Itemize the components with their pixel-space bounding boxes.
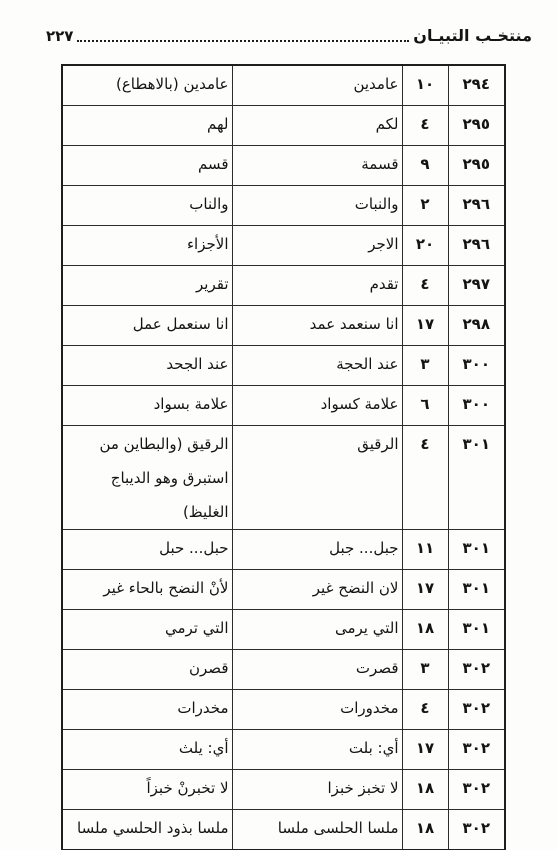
cell-line-number: ٤ [402, 266, 448, 306]
table-row: ٣٠١ ١١ جبل... جبل حبل... حبل [62, 530, 505, 570]
table-row: ٢٩٧ ٤ تقدم تقرير [62, 266, 505, 306]
cell-line-number: ١١ [402, 530, 448, 570]
errata-table: ٢٩٤ ١٠ عامدين عامدين (بالاهطاع) ٢٩٥ ٤ لك… [61, 64, 506, 850]
cell-word: الاجر [232, 226, 402, 266]
book-title: منتخـب التبيـان [413, 26, 532, 45]
cell-page-number: ٣٠٢ [448, 770, 505, 810]
cell-page-number: ٣٠٢ [448, 650, 505, 690]
cell-page-number: ٣٠١ [448, 610, 505, 650]
cell-line-number: ٩ [402, 146, 448, 186]
cell-word: لكم [232, 106, 402, 146]
cell-word: لان النضح غير [232, 570, 402, 610]
table-row: ٣٠١ ١٨ التي يرمى التي ترمي [62, 610, 505, 650]
cell-page-number: ٣٠١ [448, 426, 505, 530]
cell-correction: الرقيق (والبطاين من استبرق وهو الديباج ا… [62, 426, 232, 530]
cell-line-number: ١٠ [402, 65, 448, 106]
cell-correction: قصرن [62, 650, 232, 690]
cell-correction: لا تخبرنْ خبزاً [62, 770, 232, 810]
cell-word: ملسا الحلسى ملسا [232, 810, 402, 850]
cell-word: عامدين [232, 65, 402, 106]
cell-correction: حبل... حبل [62, 530, 232, 570]
cell-word: قسمة [232, 146, 402, 186]
table-row: ٣٠٢ ٤ مخدورات مخدرات [62, 690, 505, 730]
cell-word: أي: بلت [232, 730, 402, 770]
cell-page-number: ٣٠٢ [448, 810, 505, 850]
cell-correction: عند الجحد [62, 346, 232, 386]
cell-page-number: ٢٩٥ [448, 106, 505, 146]
cell-line-number: ١٨ [402, 810, 448, 850]
cell-page-number: ٣٠٠ [448, 386, 505, 426]
cell-word: لا تخبز خبزا [232, 770, 402, 810]
errata-table-body: ٢٩٤ ١٠ عامدين عامدين (بالاهطاع) ٢٩٥ ٤ لك… [62, 65, 505, 850]
cell-word: علامة كسواد [232, 386, 402, 426]
cell-correction: الأجزاء [62, 226, 232, 266]
table-row: ٣٠٢ ٣ قصرت قصرن [62, 650, 505, 690]
cell-word: انا سنعمد عمد [232, 306, 402, 346]
table-row: ٣٠١ ١٧ لان النضح غير لأنْ النضح بالحاء غ… [62, 570, 505, 610]
table-row: ٣٠٢ ١٨ ملسا الحلسى ملسا ملسا بذود الحلسي… [62, 810, 505, 850]
cell-word: جبل... جبل [232, 530, 402, 570]
table-row: ٣٠٢ ١٧ أي: بلت أي: يلث [62, 730, 505, 770]
cell-word: والنبات [232, 186, 402, 226]
table-row: ٣٠٠ ٣ عند الحجة عند الجحد [62, 346, 505, 386]
cell-correction: لأنْ النضح بالحاء غير [62, 570, 232, 610]
cell-correction: والناب [62, 186, 232, 226]
cell-correction: التي ترمي [62, 610, 232, 650]
cell-line-number: ١٨ [402, 610, 448, 650]
dotted-leader [77, 40, 409, 42]
cell-line-number: ١٨ [402, 770, 448, 810]
cell-correction: قسم [62, 146, 232, 186]
cell-word: تقدم [232, 266, 402, 306]
table-row: ٢٩٦ ٢ والنبات والناب [62, 186, 505, 226]
cell-correction: علامة بسواد [62, 386, 232, 426]
table-row: ٣٠١ ٤ الرقيق الرقيق (والبطاين من استبرق … [62, 426, 505, 530]
cell-page-number: ٣٠٢ [448, 730, 505, 770]
cell-page-number: ٣٠٢ [448, 690, 505, 730]
table-row: ٣٠٢ ١٨ لا تخبز خبزا لا تخبرنْ خبزاً [62, 770, 505, 810]
cell-line-number: ٣ [402, 346, 448, 386]
cell-word: التي يرمى [232, 610, 402, 650]
running-head: منتخـب التبيـان ٢٢٧ [46, 26, 532, 45]
cell-line-number: ١٧ [402, 730, 448, 770]
cell-line-number: ٢٠ [402, 226, 448, 266]
cell-page-number: ٢٩٤ [448, 65, 505, 106]
cell-line-number: ٤ [402, 106, 448, 146]
cell-correction: عامدين (بالاهطاع) [62, 65, 232, 106]
cell-line-number: ٤ [402, 426, 448, 530]
table-row: ٢٩٥ ٩ قسمة قسم [62, 146, 505, 186]
table-row: ٣٠٠ ٦ علامة كسواد علامة بسواد [62, 386, 505, 426]
cell-line-number: ٤ [402, 690, 448, 730]
cell-line-number: ١٧ [402, 306, 448, 346]
cell-word: الرقيق [232, 426, 402, 530]
cell-page-number: ٢٩٥ [448, 146, 505, 186]
cell-page-number: ٢٩٧ [448, 266, 505, 306]
cell-page-number: ٣٠٠ [448, 346, 505, 386]
cell-page-number: ٢٩٦ [448, 186, 505, 226]
cell-line-number: ١٧ [402, 570, 448, 610]
cell-correction: أي: يلث [62, 730, 232, 770]
cell-correction: ملسا بذود الحلسي ملسا [62, 810, 232, 850]
cell-line-number: ٢ [402, 186, 448, 226]
cell-word: عند الحجة [232, 346, 402, 386]
table-row: ٢٩٨ ١٧ انا سنعمد عمد انا سنعمل عمل [62, 306, 505, 346]
table-row: ٢٩٦ ٢٠ الاجر الأجزاء [62, 226, 505, 266]
cell-page-number: ٢٩٦ [448, 226, 505, 266]
cell-word: قصرت [232, 650, 402, 690]
cell-line-number: ٣ [402, 650, 448, 690]
page-number: ٢٢٧ [46, 27, 73, 45]
cell-word: مخدورات [232, 690, 402, 730]
cell-correction: مخدرات [62, 690, 232, 730]
cell-page-number: ٣٠١ [448, 530, 505, 570]
cell-page-number: ٣٠١ [448, 570, 505, 610]
cell-correction: انا سنعمل عمل [62, 306, 232, 346]
table-row: ٢٩٥ ٤ لكم لهم [62, 106, 505, 146]
cell-line-number: ٦ [402, 386, 448, 426]
table-row: ٢٩٤ ١٠ عامدين عامدين (بالاهطاع) [62, 65, 505, 106]
cell-correction: لهم [62, 106, 232, 146]
cell-page-number: ٢٩٨ [448, 306, 505, 346]
cell-correction: تقرير [62, 266, 232, 306]
